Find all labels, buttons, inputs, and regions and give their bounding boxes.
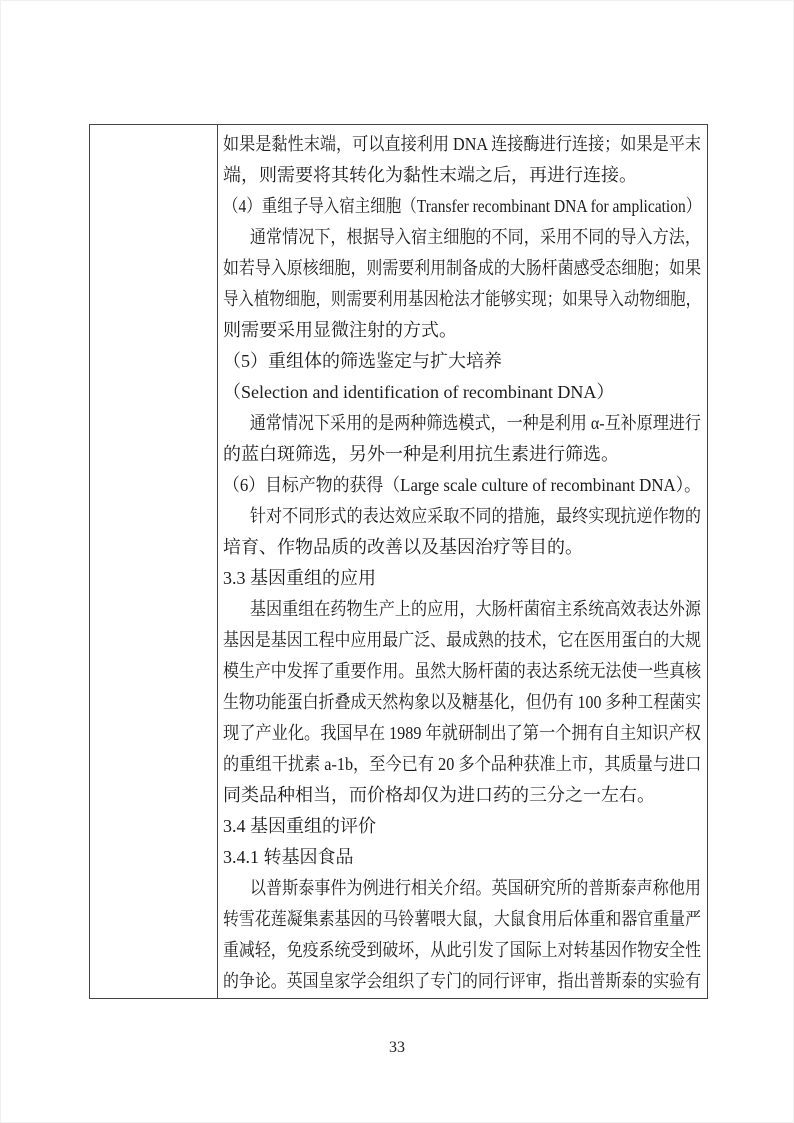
text-line: 模生产中发挥了重要作用。虽然大肠杆菌的表达系统无法使一些真核 <box>223 656 646 687</box>
text-line: 针对不同形式的表达效应采取不同的措施，最终实现抗逆作物的 <box>223 501 651 532</box>
text-line: 通常情况下采用的是两种筛选模式，一种是利用 α-互补原理进行 <box>223 408 649 439</box>
text-line: 转雪花莲凝集素基因的马铃薯喂大鼠，大鼠食用后体重和器官重量严 <box>223 904 646 935</box>
text-line: 以普斯泰事件为例进行相关介绍。英国研究所的普斯泰声称他用 <box>223 873 651 904</box>
text-line: 通常情况下，根据导入宿主细胞的不同，采用不同的导入方法， <box>223 222 651 253</box>
text-line: 3.4.1 转基因食品 <box>223 842 701 873</box>
text-line: 基因是基因工程中应用最广泛、最成熟的技术，它在医用蛋白的大规 <box>223 625 646 656</box>
text-line: 生物功能蛋白折叠成天然构象以及糖基化，但仍有 100 多种工程菌实 <box>223 687 646 718</box>
table-left-cell <box>90 125 218 998</box>
text-line: 的蓝白斑筛选，另外一种是利用抗生素进行筛选。 <box>223 439 701 470</box>
text-line: （Selection and identification of recombi… <box>223 377 701 408</box>
text-line: 3.4 基因重组的评价 <box>223 811 701 842</box>
text-line: 培育、作物品质的改善以及基因治疗等目的。 <box>223 532 701 563</box>
text-line: 基因重组在药物生产上的应用，大肠杆菌宿主系统高效表达外源 <box>223 594 651 625</box>
text-line: （6）目标产物的获得（Large scale culture of recomb… <box>223 470 671 501</box>
text-line: 的争论。英国皇家学会组织了专门的同行评审，指出普斯泰的实验有 <box>223 966 646 997</box>
content-table: 如果是黏性末端，可以直接利用 DNA 连接酶进行连接；如果是平末端，则需要将其转… <box>89 124 708 999</box>
text-line: 端，则需要将其转化为黏性末端之后，再进行连接。 <box>223 160 701 191</box>
text-line: 重减轻，免疫系统受到破坏，从此引发了国际上对转基因作物安全性 <box>223 935 646 966</box>
text-line: （4）重组子导入宿主细胞（Transfer recombinant DNA fo… <box>223 191 635 222</box>
text-line: 如果是黏性末端，可以直接利用 DNA 连接酶进行连接；如果是平末 <box>223 129 652 160</box>
text-line: 的重组干扰素 a-1b，至今已有 20 多个品种获准上市，其质量与进口 <box>223 749 653 780</box>
text-line: 同类品种相当，而价格却仅为进口药的三分之一左右。 <box>223 780 701 811</box>
text-line: 则需要采用显微注射的方式。 <box>223 315 701 346</box>
text-line: 导入植物细胞，则需要利用基因枪法才能够实现；如果导入动物细胞， <box>223 284 632 315</box>
text-line: 现了产业化。我国早在 1989 年就研制出了第一个拥有自主知识产权 <box>223 718 653 749</box>
text-line: 如若导入原核细胞，则需要利用制备成的大肠杆菌感受态细胞；如果 <box>223 253 646 284</box>
document-page: 如果是黏性末端，可以直接利用 DNA 连接酶进行连接；如果是平末端，则需要将其转… <box>0 0 794 1123</box>
table-content-cell: 如果是黏性末端，可以直接利用 DNA 连接酶进行连接；如果是平末端，则需要将其转… <box>218 125 707 998</box>
text-line: 3.3 基因重组的应用 <box>223 563 701 594</box>
text-line: （5）重组体的筛选鉴定与扩大培养 <box>223 346 701 377</box>
page-number: 33 <box>0 1039 794 1057</box>
